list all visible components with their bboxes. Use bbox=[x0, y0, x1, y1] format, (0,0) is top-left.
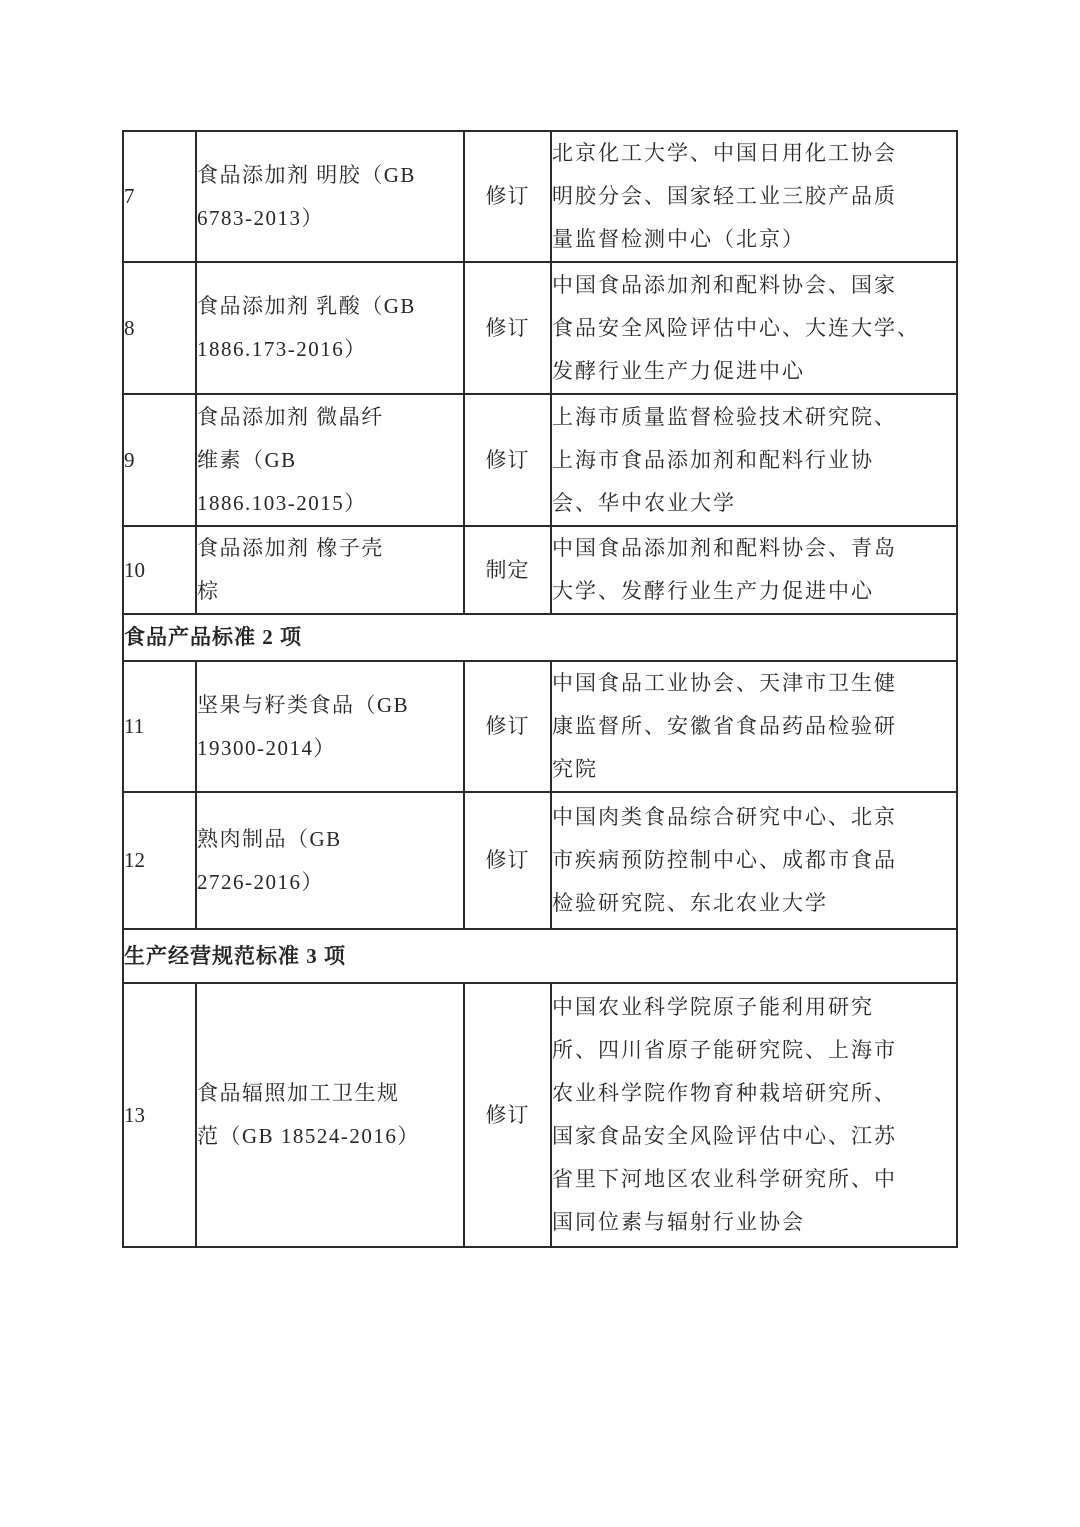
table-row: 12 熟肉制品（GB 2726-2016） 修订 中国肉类食品综合研究中心、北京… bbox=[123, 792, 957, 929]
standard-name-cell: 坚果与籽类食品（GB 19300-2014） bbox=[196, 661, 464, 792]
standard-name-cell: 食品添加剂 明胶（GB 6783-2013） bbox=[196, 131, 464, 262]
section-title: 生产经营规范标准 3 项 bbox=[123, 929, 957, 983]
row-number-cell: 10 bbox=[123, 526, 196, 614]
standard-name-cell: 熟肉制品（GB 2726-2016） bbox=[196, 792, 464, 929]
orgs-cell: 中国食品工业协会、天津市卫生健 康监督所、安徽省食品药品检验研 究院 bbox=[551, 661, 957, 792]
table-row: 10 食品添加剂 橡子壳 棕 制定 中国食品添加剂和配料协会、青岛 大学、发酵行… bbox=[123, 526, 957, 614]
orgs-cell: 中国食品添加剂和配料协会、国家 食品安全风险评估中心、大连大学、 发酵行业生产力… bbox=[551, 262, 957, 394]
orgs-cell: 北京化工大学、中国日用化工协会 明胶分会、国家轻工业三胶产品质 量监督检测中心（… bbox=[551, 131, 957, 262]
table-row: 11 坚果与籽类食品（GB 19300-2014） 修订 中国食品工业协会、天津… bbox=[123, 661, 957, 792]
standard-name-cell: 食品辐照加工卫生规 范（GB 18524-2016） bbox=[196, 983, 464, 1247]
row-number-cell: 9 bbox=[123, 394, 196, 526]
section-title: 食品产品标准 2 项 bbox=[123, 614, 957, 661]
row-number-cell: 8 bbox=[123, 262, 196, 394]
action-cell: 修订 bbox=[464, 262, 551, 394]
action-cell: 修订 bbox=[464, 983, 551, 1247]
section-header-row: 生产经营规范标准 3 项 bbox=[123, 929, 957, 983]
action-cell: 修订 bbox=[464, 792, 551, 929]
row-number-cell: 12 bbox=[123, 792, 196, 929]
orgs-cell: 上海市质量监督检验技术研究院、 上海市食品添加剂和配料行业协 会、华中农业大学 bbox=[551, 394, 957, 526]
orgs-cell: 中国食品添加剂和配料协会、青岛 大学、发酵行业生产力促进中心 bbox=[551, 526, 957, 614]
standards-table: 7 食品添加剂 明胶（GB 6783-2013） 修订 北京化工大学、中国日用化… bbox=[122, 130, 958, 1248]
standard-name-cell: 食品添加剂 乳酸（GB 1886.173-2016） bbox=[196, 262, 464, 394]
table-row: 9 食品添加剂 微晶纤 维素（GB 1886.103-2015） 修订 上海市质… bbox=[123, 394, 957, 526]
row-number-cell: 13 bbox=[123, 983, 196, 1247]
table-row: 13 食品辐照加工卫生规 范（GB 18524-2016） 修订 中国农业科学院… bbox=[123, 983, 957, 1247]
action-cell: 修订 bbox=[464, 661, 551, 792]
orgs-cell: 中国肉类食品综合研究中心、北京 市疾病预防控制中心、成都市食品 检验研究院、东北… bbox=[551, 792, 957, 929]
table-row: 8 食品添加剂 乳酸（GB 1886.173-2016） 修订 中国食品添加剂和… bbox=[123, 262, 957, 394]
standard-name-cell: 食品添加剂 微晶纤 维素（GB 1886.103-2015） bbox=[196, 394, 464, 526]
table-row: 7 食品添加剂 明胶（GB 6783-2013） 修订 北京化工大学、中国日用化… bbox=[123, 131, 957, 262]
row-number-cell: 11 bbox=[123, 661, 196, 792]
action-cell: 制定 bbox=[464, 526, 551, 614]
standard-name-cell: 食品添加剂 橡子壳 棕 bbox=[196, 526, 464, 614]
document-page: 7 食品添加剂 明胶（GB 6783-2013） 修订 北京化工大学、中国日用化… bbox=[0, 0, 1080, 1527]
action-cell: 修订 bbox=[464, 394, 551, 526]
row-number-cell: 7 bbox=[123, 131, 196, 262]
action-cell: 修订 bbox=[464, 131, 551, 262]
orgs-cell: 中国农业科学院原子能利用研究 所、四川省原子能研究院、上海市 农业科学院作物育种… bbox=[551, 983, 957, 1247]
section-header-row: 食品产品标准 2 项 bbox=[123, 614, 957, 661]
